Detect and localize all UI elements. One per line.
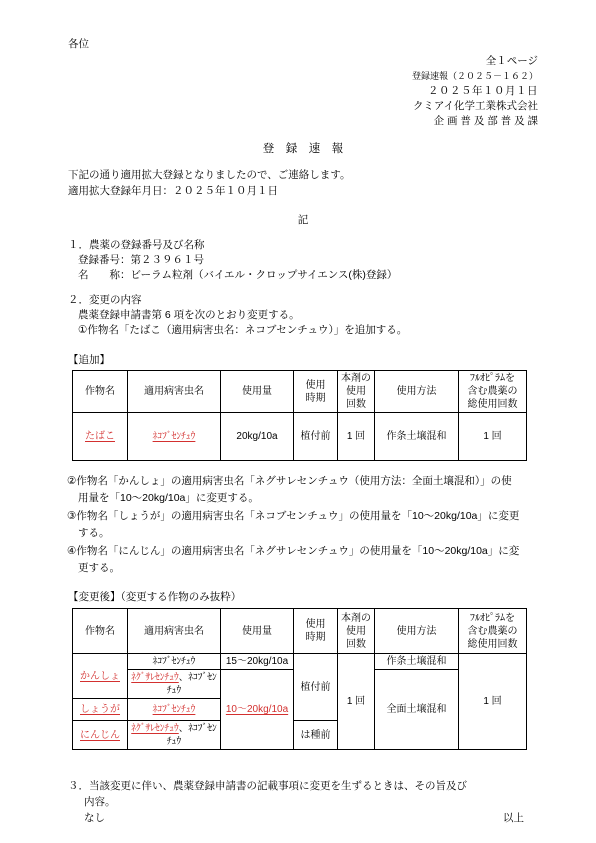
cell-pest-r4-red: ﾈｸﾞｻﾚｾﾝﾁｭｳ: [131, 723, 179, 734]
col-header-dose: 使用量: [221, 609, 294, 654]
col-header-crop: 作物名: [73, 371, 128, 413]
col-header-timing: 使用 時期: [294, 371, 338, 413]
after-change-label: 【変更後】（変更する作物のみ抜粋）: [68, 590, 538, 604]
cell-count: 1 回: [338, 413, 375, 461]
header-right-block: 全１ページ 登録速報（２０２５－１６２） ２０２５年１０月１日 クミアイ化学工業…: [68, 54, 538, 129]
cell-crop-shoga: しょうが: [73, 699, 128, 721]
intro-line1: 下記の通り適用拡大登録となりましたので、ご連絡します。: [68, 167, 538, 183]
cell-pest-r3: ﾈｺﾌﾞｾﾝﾁｭｳ: [128, 699, 221, 721]
cell-total: 1 回: [459, 654, 527, 750]
department-name: 企 画 普 及 部 普 及 課: [68, 114, 538, 129]
section1: １．農薬の登録番号及び名称 登録番号：第２３９６１号 名 称：ビーラム粒剤（バイ…: [68, 238, 538, 283]
cell-pest-r1: ﾈｺﾌﾞｾﾝﾁｭｳ: [128, 654, 221, 670]
cell-dose: 20kg/10a: [221, 413, 294, 461]
addition-label: 【追加】: [68, 353, 538, 367]
footer-row: なし 以上: [68, 810, 538, 826]
addressee: 各位: [68, 37, 538, 52]
cell-crop-ninjin: にんじん: [73, 721, 128, 750]
col-header-pest: 適用病害虫名: [128, 371, 221, 413]
cell-dose-r1: 15～20kg/10a: [221, 654, 294, 670]
after-change-table: 作物名 適用病害虫名 使用量 使用 時期 本剤の 使用 回数 使用方法 ﾌﾙｵﾋ…: [72, 608, 527, 750]
change-item-4: ④作物名「にんじん」の適用病害虫名「ネグサレセンチュウ」の使用量を「10～20k…: [67, 543, 550, 578]
cell-crop-kansho: かんしょ: [73, 654, 128, 699]
registration-number: 登録番号：第２３９６１号: [68, 253, 538, 268]
cell-total: 1 回: [459, 413, 527, 461]
col-header-method: 使用方法: [375, 371, 459, 413]
none-text: なし: [68, 810, 105, 826]
ki-marker: 記: [68, 212, 538, 228]
section3-text: ３．当該変更に伴い、農薬登録申請書の記載事項に変更を生ずるときは、その旨及び 内…: [68, 778, 538, 810]
after-table-header-row: 作物名 適用病害虫名 使用量 使用 時期 本剤の 使用 回数 使用方法 ﾌﾙｵﾋ…: [73, 609, 527, 654]
col-header-timing: 使用 時期: [294, 609, 338, 654]
col-header-pest: 適用病害虫名: [128, 609, 221, 654]
section2-intro: 農薬登録申請書第 6 項を次のとおり変更する。: [68, 308, 538, 323]
cell-pest-r4: ﾈｸﾞｻﾚｾﾝﾁｭｳ、ﾈｺﾌﾞｾﾝﾁｭｳ: [128, 721, 221, 750]
col-header-count: 本剤の 使用 回数: [338, 609, 375, 654]
document-page: 各位 全１ページ 登録速報（２０２５－１６２） ２０２５年１０月１日 クミアイ化…: [0, 0, 596, 843]
cell-method: 作条土壌混和: [375, 413, 459, 461]
addition-table-row-tobacco: たばこ ﾈｺﾌﾞｾﾝﾁｭｳ 20kg/10a 植付前 1 回 作条土壌混和 1 …: [73, 413, 527, 461]
cell-pest-r2: ﾈｸﾞｻﾚｾﾝﾁｭｳ、ﾈｺﾌﾞｾﾝﾁｭｳ: [128, 670, 221, 699]
change-items: ②作物名「かんしょ」の適用病害虫名「ネグサレセンチュウ（使用方法：全面土壌混和）…: [68, 473, 550, 577]
col-header-count: 本剤の 使用 回数: [338, 371, 375, 413]
intro-paragraph: 下記の通り適用拡大登録となりましたので、ご連絡します。 適用拡大登録年月日：２０…: [68, 167, 538, 199]
cell-timing: 植付前: [294, 413, 338, 461]
section1-heading: １．農薬の登録番号及び名称: [68, 238, 538, 253]
col-header-crop: 作物名: [73, 609, 128, 654]
col-header-dose: 使用量: [221, 371, 294, 413]
cell-count: 1 回: [338, 654, 375, 750]
closing-text: 以上: [503, 810, 524, 826]
cell-timing-seed: は種前: [294, 721, 338, 750]
section2: ２．変更の内容 農薬登録申請書第 6 項を次のとおり変更する。 ①作物名「たばこ…: [68, 293, 538, 338]
cell-pest-r2-red: ﾈｸﾞｻﾚｾﾝﾁｭｳ: [131, 672, 179, 683]
after-table-row-1: かんしょ ﾈｺﾌﾞｾﾝﾁｭｳ 15～20kg/10a 植付前 1 回 作条土壌混…: [73, 654, 527, 670]
cell-dose-changed: 10～20kg/10a: [221, 670, 294, 750]
change-item-1: ①作物名「たばこ（適用病害虫名：ネコブセンチュウ）」を追加する。: [68, 323, 538, 338]
change-item-3: ③作物名「しょうが」の適用病害虫名「ネコブセンチュウ」の使用量を「10～20kg…: [67, 508, 550, 543]
bulletin-number: 登録速報（２０２５－１６２）: [68, 69, 538, 84]
addition-table-header-row: 作物名 適用病害虫名 使用量 使用 時期 本剤の 使用 回数 使用方法 ﾌﾙｵﾋ…: [73, 371, 527, 413]
change-item-2: ②作物名「かんしょ」の適用病害虫名「ネグサレセンチュウ（使用方法：全面土壌混和）…: [67, 473, 550, 508]
intro-line2: 適用拡大登録年月日：２０２５年１０月１日: [68, 183, 538, 199]
page-count: 全１ページ: [68, 54, 538, 69]
cell-crop-tobacco: たばこ: [73, 413, 128, 461]
issue-date: ２０２５年１０月１日: [68, 84, 538, 99]
cell-timing-plant: 植付前: [294, 654, 338, 721]
company-name: クミアイ化学工業株式会社: [68, 99, 538, 114]
product-name: 名 称：ビーラム粒剤（バイエル・クロップサイエンス(株)登録）: [68, 268, 538, 283]
document-title: 登 録 速 報: [68, 141, 538, 157]
cell-pest-nekobu: ﾈｺﾌﾞｾﾝﾁｭｳ: [128, 413, 221, 461]
section2-heading: ２．変更の内容: [68, 293, 538, 308]
col-header-method: 使用方法: [375, 609, 459, 654]
col-header-total: ﾌﾙｵﾋﾟﾗﾑを 含む農薬の 総使用回数: [459, 371, 527, 413]
addition-table: 作物名 適用病害虫名 使用量 使用 時期 本剤の 使用 回数 使用方法 ﾌﾙｵﾋ…: [72, 370, 527, 461]
cell-method-zenmen: 全面土壌混和: [375, 670, 459, 750]
col-header-total: ﾌﾙｵﾋﾟﾗﾑを 含む農薬の 総使用回数: [459, 609, 527, 654]
cell-method-r1: 作条土壌混和: [375, 654, 459, 670]
